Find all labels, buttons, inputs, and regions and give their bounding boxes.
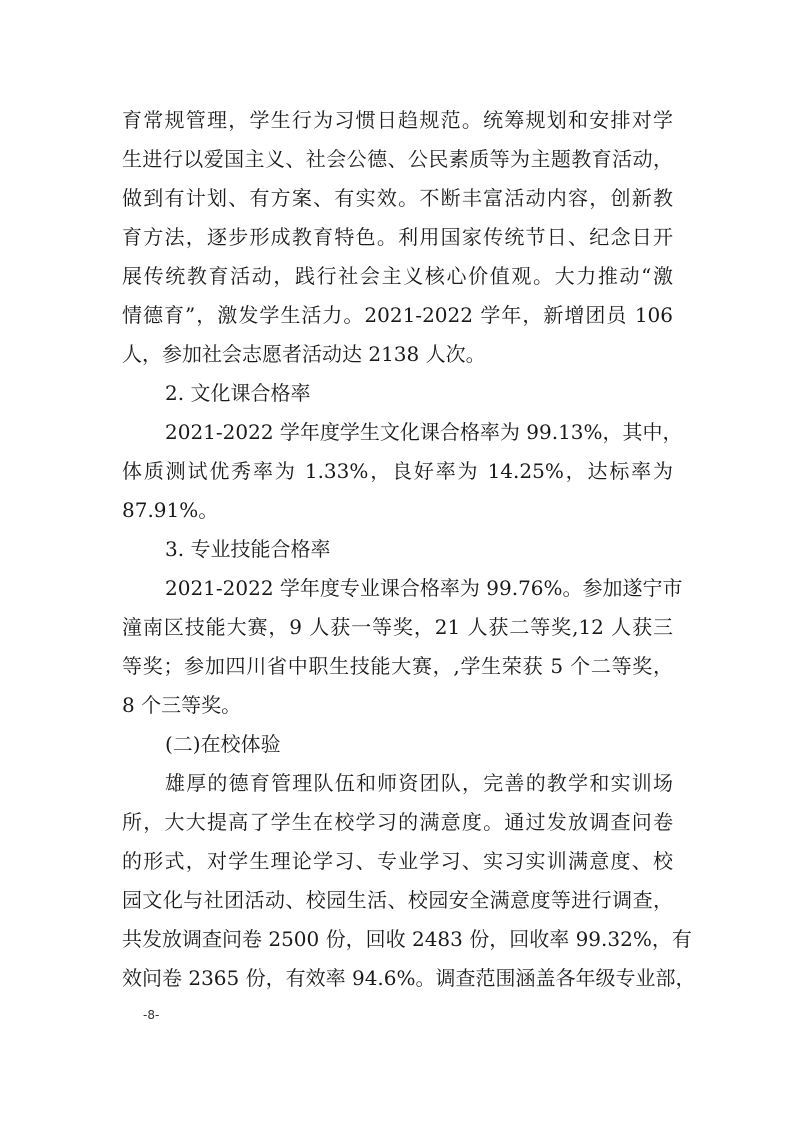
text-line: 做到有计划、有方案、有实效。不断丰富活动内容，创新教 xyxy=(122,179,673,218)
text-line: 育常规管理，学生行为习惯日趋规范。统筹规划和安排对学 xyxy=(122,101,673,140)
text-line: 潼南区技能大赛，9 人获一等奖，21 人获二等奖,12 人获三 xyxy=(122,608,673,647)
text-line: 8 个三等奖。 xyxy=(122,686,673,725)
section-heading-cultural-pass-rate: 2. 文化课合格率 xyxy=(122,374,673,413)
text-line: 园文化与社团活动、校园生活、校园安全满意度等进行调查， xyxy=(122,881,673,920)
text-line: 2021-2022 学年度学生文化课合格率为 99.13%，其中， xyxy=(122,413,673,452)
section-heading-school-experience: (二)在校体验 xyxy=(122,725,673,764)
text-line: 等奖；参加四川省中职生技能大赛，,学生荣获 5 个二等奖， xyxy=(122,647,673,686)
text-line: 87.91%。 xyxy=(122,491,673,530)
text-line: 育方法，逐步形成教育特色。利用国家传统节日、纪念日开 xyxy=(122,218,673,257)
text-line: 雄厚的德育管理队伍和师资团队，完善的教学和实训场 xyxy=(122,764,673,803)
section-heading-skills-pass-rate: 3. 专业技能合格率 xyxy=(122,530,673,569)
text-line: 展传统教育活动，践行社会主义核心价值观。大力推动“激 xyxy=(122,257,673,296)
text-line: 的形式，对学生理论学习、专业学习、实习实训满意度、校 xyxy=(122,842,673,881)
text-line: 2021-2022 学年度专业课合格率为 99.76%。参加遂宁市 xyxy=(122,569,673,608)
text-line: 生进行以爱国主义、社会公德、公民素质等为主题教育活动， xyxy=(122,140,673,179)
text-line: 效问卷 2365 份，有效率 94.6%。调查范围涵盖各年级专业部， xyxy=(122,959,673,998)
page-number: -8- xyxy=(143,1008,159,1022)
document-page: 育常规管理，学生行为习惯日趋规范。统筹规划和安排对学 生进行以爱国主义、社会公德… xyxy=(0,0,793,1122)
text-line: 情德育”，激发学生活力。2021-2022 学年，新增团员 106 xyxy=(122,296,673,335)
text-line: 人，参加社会志愿者活动达 2138 人次。 xyxy=(122,335,673,374)
text-line: 体质测试优秀率为 1.33%，良好率为 14.25%，达标率为 xyxy=(122,452,673,491)
text-line: 所，大大提高了学生在校学习的满意度。通过发放调查问卷 xyxy=(122,803,673,842)
body-text: 育常规管理，学生行为习惯日趋规范。统筹规划和安排对学 生进行以爱国主义、社会公德… xyxy=(122,101,673,998)
text-line: 共发放调查问卷 2500 份，回收 2483 份，回收率 99.32%，有 xyxy=(122,920,673,959)
